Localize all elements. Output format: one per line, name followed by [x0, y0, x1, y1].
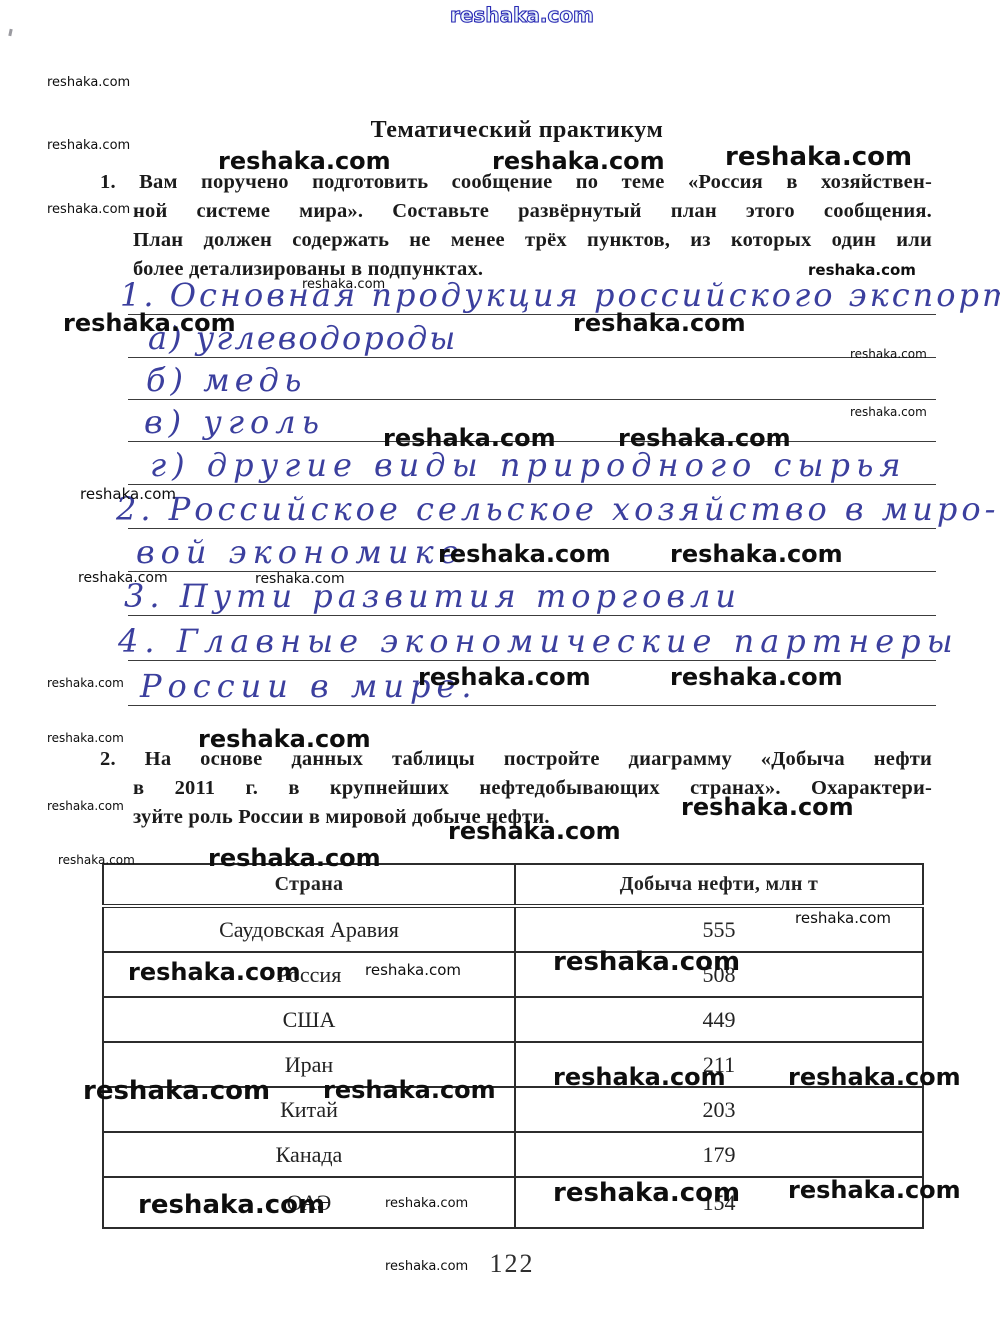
country-cell: США [103, 997, 515, 1042]
watermark: reshaka.com [553, 949, 740, 975]
watermark: reshaka.com [47, 732, 124, 744]
watermark: reshaka.com [47, 677, 124, 689]
watermark: reshaka.com [138, 1192, 325, 1218]
watermark: reshaka.com [788, 1178, 961, 1202]
ruled-line [128, 357, 936, 358]
ruled-line [128, 484, 936, 485]
watermark: reshaka.com [618, 426, 791, 450]
value-column-header: Добыча нефти, млн т [515, 864, 923, 906]
page-number: 122 [102, 1249, 922, 1279]
handwritten-answer-line: 4. Главные экономические партнеры [118, 622, 959, 660]
watermark: reshaka.com [850, 348, 927, 360]
value-cell: 179 [515, 1132, 923, 1177]
watermark: reshaka.com [418, 665, 591, 689]
watermark: reshaka.com [323, 1078, 496, 1102]
handwritten-answer-line: вой экономике [136, 533, 465, 571]
country-cell: Саудовская Аравия [103, 906, 515, 952]
watermark: reshaka.com [47, 139, 130, 152]
ruled-line [128, 571, 936, 572]
handwritten-answer-line: 3. Пути развития торговли [124, 577, 741, 615]
task1-line-2: ной системе мира». Составьте развёрнутый… [133, 199, 932, 224]
watermark: reshaka.com [83, 1078, 270, 1104]
watermark: reshaka.com [255, 572, 345, 586]
handwritten-answer-line: 1. Основная продукция российского экспор… [120, 276, 1000, 314]
ruled-line [128, 314, 936, 315]
watermark: reshaka.com [553, 1180, 740, 1206]
watermark: reshaka.com [302, 278, 385, 291]
ruled-line [128, 399, 936, 400]
watermark: reshaka.com [850, 406, 927, 418]
watermark: reshaka.com [383, 426, 556, 450]
watermark: reshaka.com [198, 727, 371, 751]
ruled-line [128, 615, 936, 616]
workbook-page: reshaka.com Тематический практикум 1. Ва… [0, 0, 1000, 1329]
watermark: reshaka.com [128, 960, 301, 984]
watermark: reshaka.com [47, 203, 130, 216]
watermark-top: reshaka.com [450, 3, 594, 27]
value-cell: 203 [515, 1087, 923, 1132]
watermark: reshaka.com [553, 1065, 726, 1089]
watermark: reshaka.com [670, 665, 843, 689]
watermark: reshaka.com [385, 1197, 468, 1210]
ruled-line [128, 528, 936, 529]
watermark: reshaka.com [725, 144, 912, 170]
watermark: reshaka.com [78, 571, 168, 585]
value-cell: 449 [515, 997, 923, 1042]
watermark: reshaka.com [63, 311, 236, 335]
ruled-line [128, 660, 936, 661]
watermark: reshaka.com [47, 800, 124, 812]
watermark: reshaka.com [365, 963, 461, 978]
watermark: reshaka.com [795, 911, 891, 926]
watermark: reshaka.com [58, 854, 135, 866]
page-title: Тематический практикум [102, 117, 932, 144]
watermark: reshaka.com [573, 311, 746, 335]
watermark: reshaka.com [788, 1065, 961, 1089]
ruled-line [128, 705, 936, 706]
watermark: reshaka.com [448, 819, 621, 843]
scan-speck [8, 29, 12, 36]
handwritten-answer-line: 2. Российское сельское хозяйство в миро- [116, 490, 999, 528]
task1-line-3: План должен содержать не менее трёх пунк… [133, 228, 932, 253]
watermark: reshaka.com [385, 1260, 468, 1273]
watermark: reshaka.com [438, 542, 611, 566]
country-cell: Канада [103, 1132, 515, 1177]
table-row: США449 [103, 997, 923, 1042]
watermark: reshaka.com [808, 263, 916, 278]
handwritten-answer-line: в) уголь [144, 403, 325, 441]
watermark: reshaka.com [47, 76, 130, 89]
watermark: reshaka.com [80, 487, 176, 502]
handwritten-answer-line: б) медь [146, 361, 306, 399]
watermark: reshaka.com [492, 149, 665, 173]
table-row: Канада179 [103, 1132, 923, 1177]
watermark: reshaka.com [218, 149, 391, 173]
watermark: reshaka.com [670, 542, 843, 566]
watermark: reshaka.com [681, 795, 854, 819]
watermark: reshaka.com [208, 846, 381, 870]
